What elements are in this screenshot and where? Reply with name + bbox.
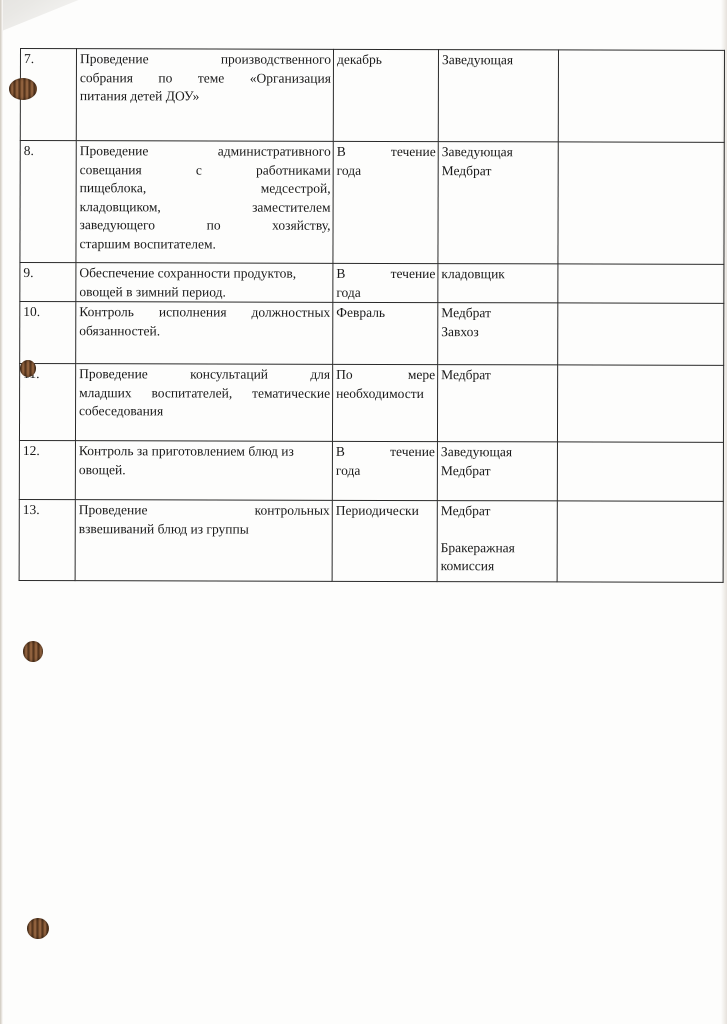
table-row: 12.Контроль за приготовлением блюд изово… [19,440,723,501]
activity-plan-table: 7.Проведение производственногособрания п… [19,48,725,583]
row-number: 10. [20,302,76,364]
cell-line: овощей. [79,461,330,480]
cell-line: В течение [337,143,436,162]
term-cell: В течениегода [333,263,438,302]
cell-line: необходимости [336,384,435,403]
cell-line: кладовщик [441,265,555,284]
cell-line: кладовщиком, заместителем [80,198,331,217]
responsible-cell: МедбратЗавхоз [438,303,558,365]
page-edge-left [0,0,3,1024]
cell-line: обязанностей. [79,322,330,341]
note-cell [558,50,724,142]
folded-page-corner [0,0,276,33]
cell-line: Заведующая [442,143,556,162]
cell-line: Заведующая [442,51,556,70]
term-cell: Периодически [332,500,437,581]
cell-line: собеседования [79,402,330,421]
cell-line: Контроль исполнения должностных [79,303,330,322]
cell-line: Медбрат [441,366,555,385]
row-number: 9. [20,263,76,302]
cell-line: овощей в зимний период. [79,283,330,302]
cell-line [441,521,555,539]
term-cell: декабрь [333,49,438,141]
responsible-cell: кладовщик [438,264,558,303]
note-cell [557,365,723,442]
cell-line: заведующего по хозяйству, [80,216,331,235]
row-number: 13. [19,499,75,580]
cell-line: Завхоз [441,323,555,342]
cell-line: Проведение производственного [80,50,331,69]
responsible-cell: Заведующая [438,50,558,142]
cell-line: декабрь [337,51,436,70]
cell-line: пищеблока, медсестрой, [80,179,331,198]
cell-line: Медбрат [441,502,555,521]
row-number: 12. [19,440,75,499]
task-cell: Обеспечение сохранности продуктов,овощей… [76,263,333,303]
cell-line: Проведение административного [80,142,331,161]
cell-line: Медбрат [441,462,555,481]
row-number: 8. [20,141,76,263]
cell-line: Проведение контрольных [79,501,330,520]
cell-line: Контроль за приготовлением блюд из [79,442,330,461]
cell-line: Февраль [336,304,435,323]
term-cell: Февраль [333,302,438,364]
responsible-cell: ЗаведующаяМедбрат [437,442,557,501]
cell-line: Медбрат [442,162,556,181]
term-cell: По меренеобходимости [332,364,437,441]
cell-line: комиссия [441,557,555,576]
cell-line: старшим воспитателем. [79,235,330,254]
punch-hole-bottom [27,918,49,939]
table-row: 10.Контроль исполнения должностныхобязан… [20,302,724,366]
punch-hole-top [9,78,37,100]
cell-line: совещания с работниками [80,161,331,180]
table-row: 8.Проведение административногосовещания … [20,141,724,265]
cell-line: Периодически [336,502,435,521]
term-cell: В течениегода [332,441,437,500]
responsible-cell: МедбратБракеражнаякомиссия [437,501,557,582]
cell-line: Заведующая [441,443,555,462]
table-row: 9.Обеспечение сохранности продуктов,овощ… [20,263,724,304]
cell-line: Проведение консультаций для [79,365,330,384]
cell-line: Медбрат [441,304,555,323]
responsible-cell: Медбрат [437,365,557,442]
cell-line: Обеспечение сохранности продуктов, [79,264,330,283]
task-cell: Проведение производственногособрания по … [76,49,333,142]
note-cell [558,142,724,264]
cell-line: собрания по теме «Организация [80,69,331,88]
task-cell: Проведение контрольныхвзвешиваний блюд и… [75,500,332,582]
cell-line: В течение [336,443,435,462]
table-row: 7.Проведение производственногособрания п… [20,49,724,143]
cell-line: В течение [336,265,435,284]
note-cell [558,264,724,303]
cell-line: года [336,461,435,480]
punch-hole-lower-mid [23,641,43,662]
task-cell: Контроль за приготовлением блюд изовощей… [75,441,332,501]
cell-line: взвешиваний блюд из группы [79,520,330,539]
note-cell [557,501,723,582]
punch-hole-upper-mid [20,360,36,377]
cell-line: младших воспитателей, тематические [79,384,330,403]
cell-line: года [337,161,436,180]
table-row: 11.Проведение консультаций длямладших во… [19,364,723,443]
cell-line: По мере [336,366,435,385]
note-cell [558,303,724,365]
task-cell: Контроль исполнения должностныхобязаннос… [76,302,333,365]
responsible-cell: ЗаведующаяМедбрат [438,142,558,264]
task-cell: Проведение консультаций длямладших воспи… [75,364,332,442]
note-cell [557,442,723,501]
table-row: 13.Проведение контрольныхвзвешиваний блю… [19,499,723,582]
table-body: 7.Проведение производственногособрания п… [19,49,724,583]
cell-line: Бракеражная [441,539,555,558]
task-cell: Проведение административногосовещания с … [76,141,333,264]
cell-line: года [336,283,435,302]
term-cell: В течениегода [333,141,438,263]
cell-line: питания детей ДОУ» [80,87,331,106]
